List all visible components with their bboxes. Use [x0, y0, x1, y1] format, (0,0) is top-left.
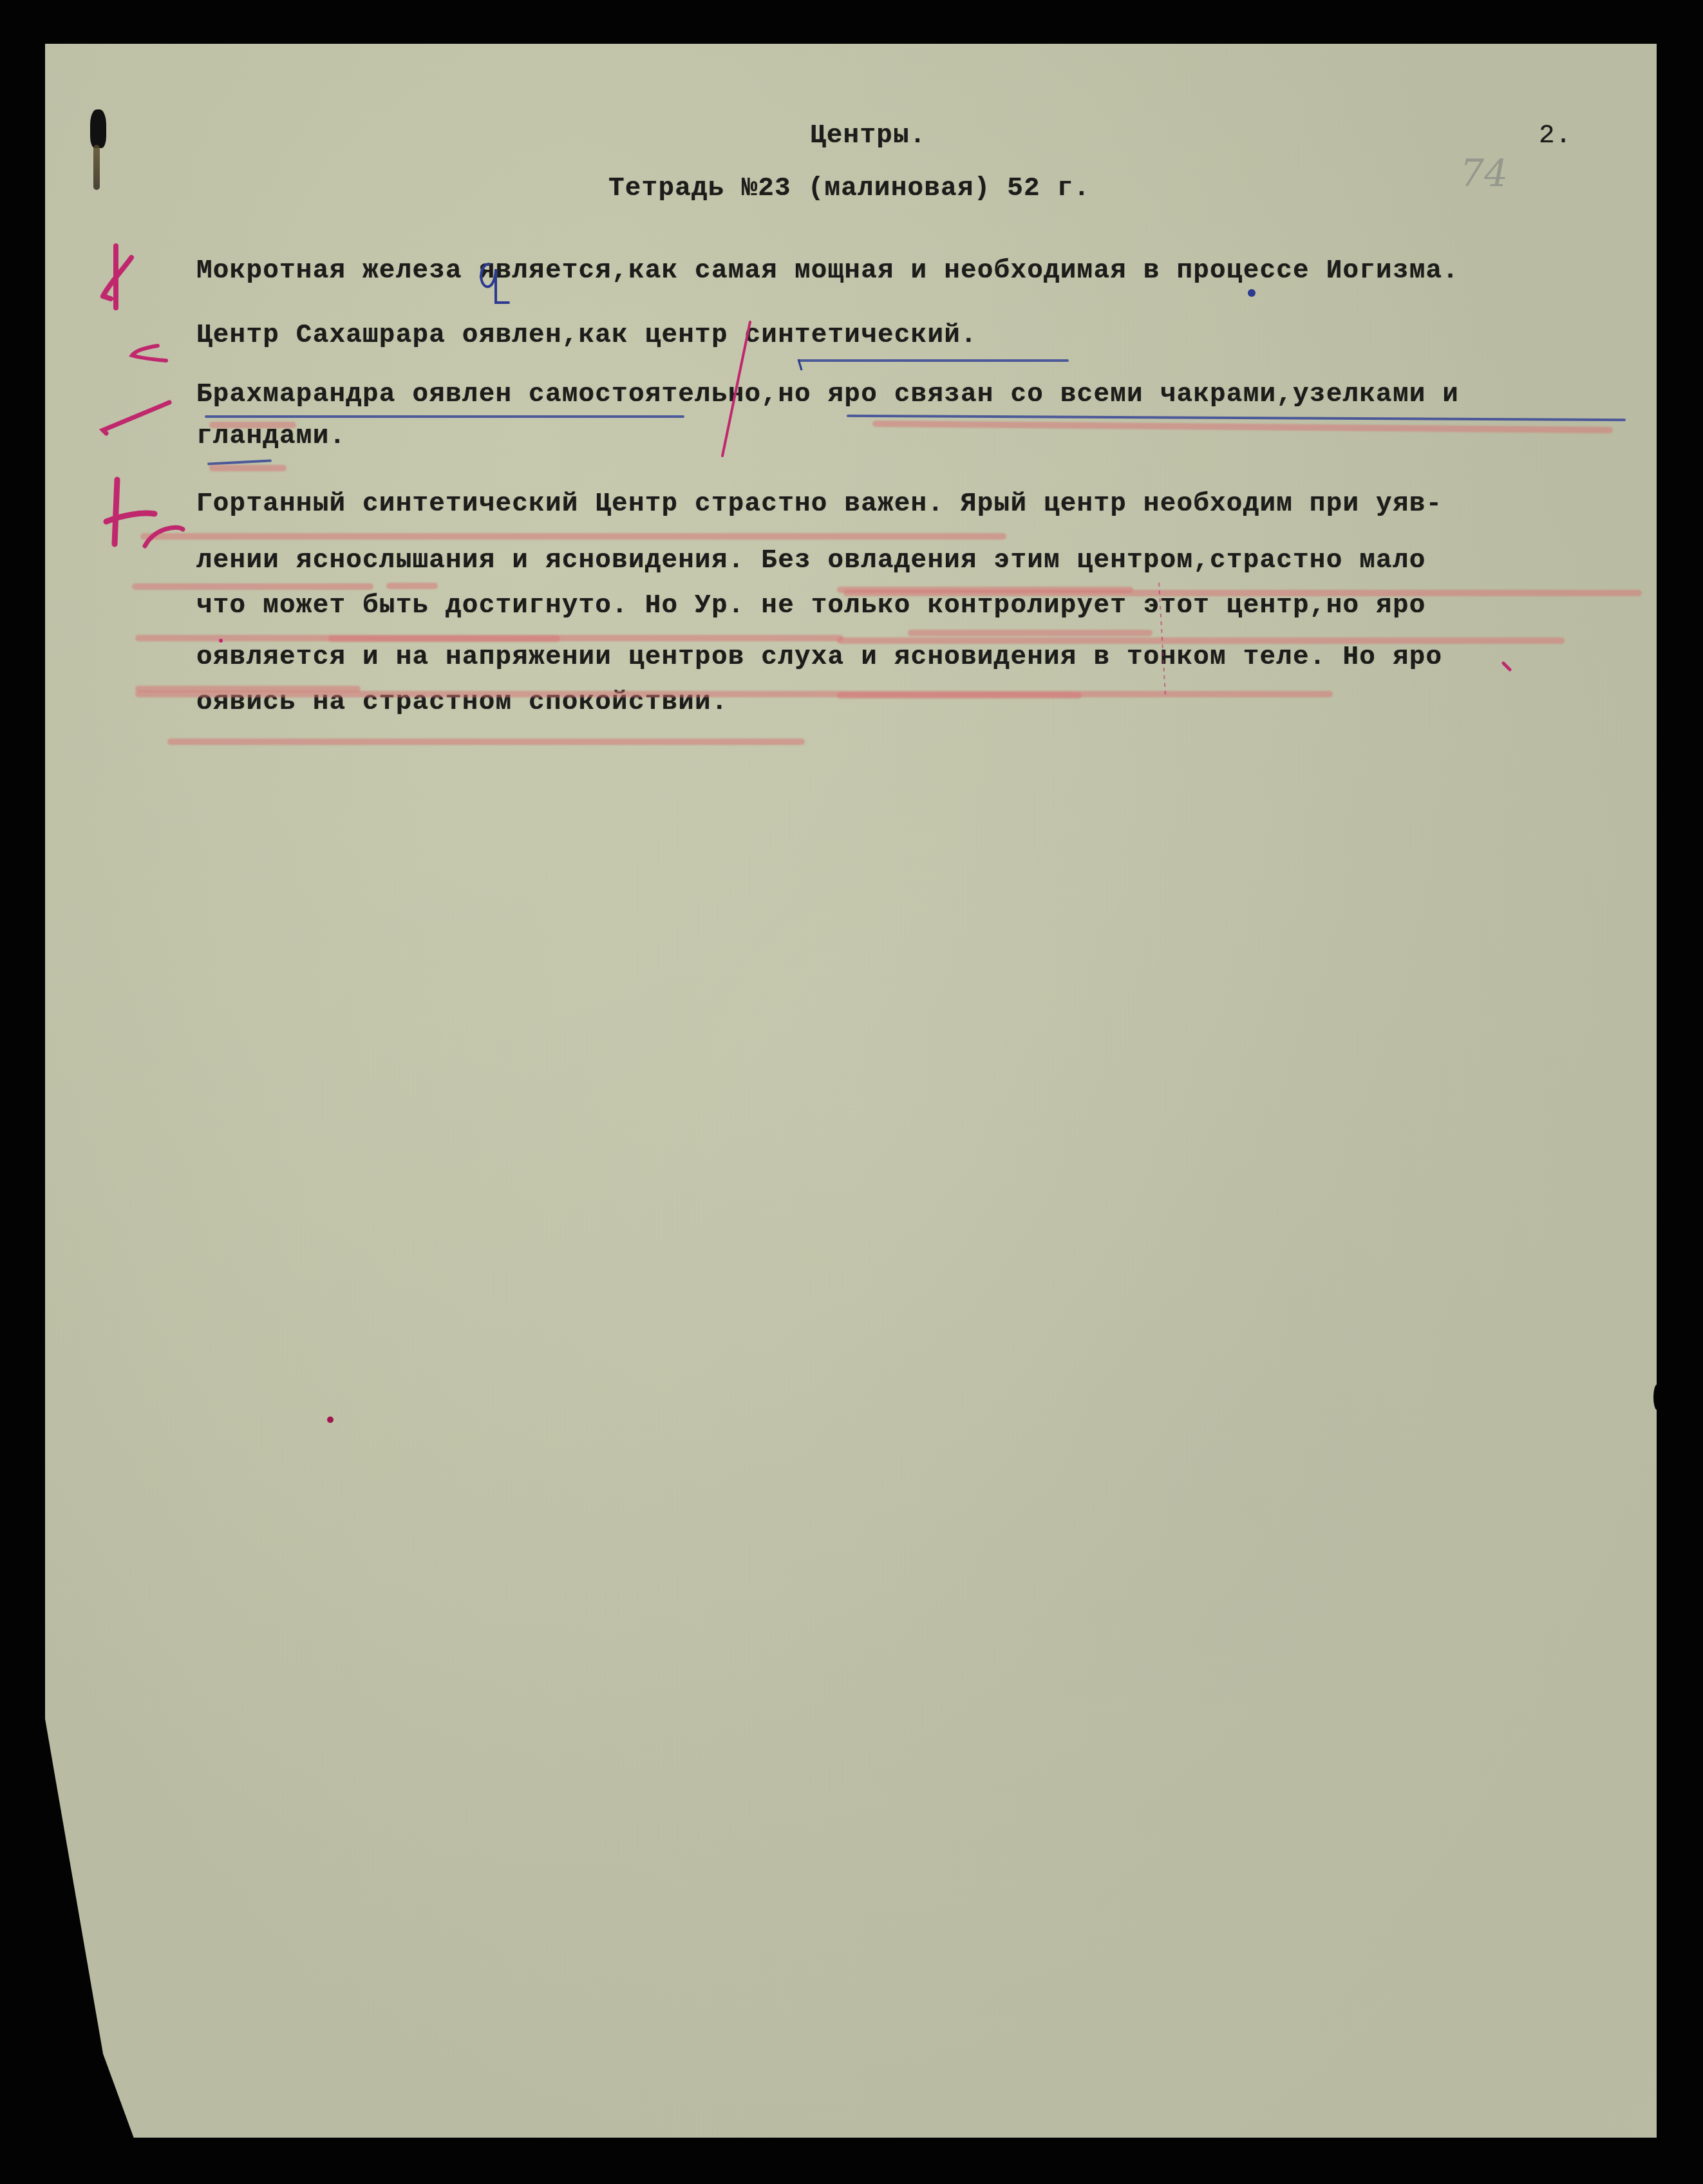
vertical-slash-mark: [722, 322, 750, 456]
slash-mark-icon: [103, 402, 169, 433]
faint-slash-mark: [1159, 583, 1165, 695]
pencil-annotations: [0, 0, 1703, 2184]
c-mark-icon: [132, 346, 166, 361]
correction-a-mark: [481, 264, 509, 303]
edge-notch: [1653, 1384, 1661, 1410]
plus-mark-icon: [106, 480, 155, 544]
tick-mark: [1503, 663, 1510, 670]
arc-mark-icon: [145, 527, 183, 546]
plus-mark-icon: [103, 246, 131, 308]
ink-dot: [327, 1417, 334, 1423]
